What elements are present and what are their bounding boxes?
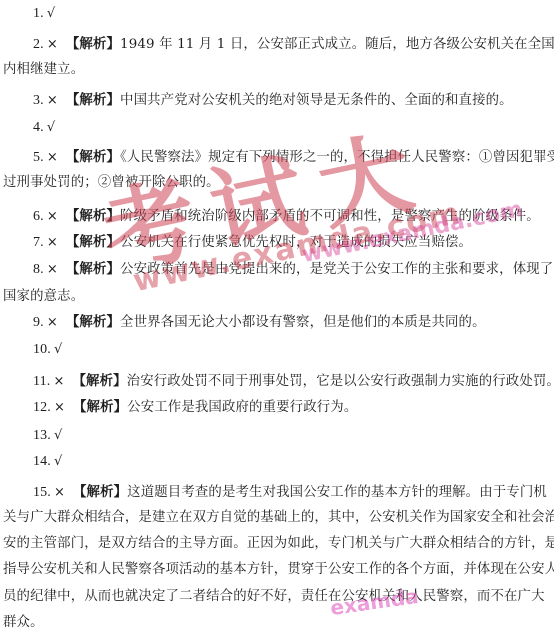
check-mark: √ [47,120,55,135]
cross-mark: × [47,37,58,52]
analysis-tag: 【解析】 [66,208,120,224]
analysis-text: 《人民警察法》规定有下列情形之一的，不得担任人民警察：①曾因犯罪受 [120,150,554,165]
check-mark: √ [47,6,55,21]
answer-6: 6.×【解析】阶级矛盾和统治阶级内部矛盾的不可调和性，是警察产生的阶级条件。 [33,207,554,226]
analysis-tag: 【解析】 [66,234,120,250]
answer-1: 1.√ [33,5,554,23]
answer-15-cont-2: 安的主管部门，是双方结合的主导方面。正因为如此，专门机关与广大群众相结合的方针，… [3,535,554,553]
cross-mark: × [47,315,58,330]
answer-number: 15. [33,485,51,500]
answer-number: 11. [33,374,50,389]
analysis-text: 公安工作是我国政府的重要行政行为。 [127,400,357,415]
analysis-text: 阶级矛盾和统治阶级内部矛盾的不可调和性，是警察产生的阶级条件。 [120,209,540,224]
answer-number: 1. [33,6,44,21]
answer-14: 14.√ [33,453,554,471]
answer-15-cont-1: 关与广大群众相结合，是建立在双方自觉的基础上的，其中，公安机关作为国家安全和社会… [3,509,554,527]
answer-number: 14. [33,454,51,469]
answer-number: 2. [33,37,44,52]
answer-2-cont: 内相继建立。 [3,61,554,79]
answer-5: 5.×【解析】《人民警察法》规定有下列情形之一的，不得担任人民警察：①曾因犯罪受 [33,148,554,167]
analysis-tag: 【解析】 [66,314,120,330]
answer-3: 3.×【解析】中国共产党对公安机关的绝对领导是无条件的、全面的和直接的。 [33,91,554,110]
answer-number: 13. [33,428,51,443]
answer-number: 5. [33,150,44,165]
cross-mark: × [47,150,58,165]
cross-mark: × [53,374,64,389]
answer-15-cont-4: 员的纪律中，从而也就决定了二者结合的好不好，责任在公安机关和人民警察，而不在广大 [3,588,554,606]
answer-number: 9. [33,315,44,330]
answer-5-cont: 过刑事处罚的；②曾被开除公职的。 [3,174,554,192]
answer-number: 12. [33,400,51,415]
analysis-text: 1949 年 11 月 1 日，公安部正式成立。随后，地方各级公安机关在全国范围 [120,37,554,52]
cross-mark: × [47,235,58,250]
answer-15-cont-3: 指导公安机关和人民警察各项活动的基本方针，贯穿于公安工作的各个方面，并体现在公安… [3,561,554,579]
answer-number: 8. [33,262,44,277]
check-mark: √ [54,428,62,443]
answer-12: 12.×【解析】公安工作是我国政府的重要行政行为。 [33,398,554,417]
analysis-tag: 【解析】 [66,261,120,277]
answer-11: 11.×【解析】治安行政处罚不同于刑事处罚，它是以公安行政强制力实施的行政处罚。 [33,372,554,391]
answer-13: 13.√ [33,427,554,445]
answer-number: 3. [33,93,44,108]
answer-8: 8.×【解析】公安政策首先是由党提出来的，是党关于公安工作的主张和要求，体现了 [33,260,554,279]
analysis-tag: 【解析】 [72,373,126,389]
analysis-text: 中国共产党对公安机关的绝对领导是无条件的、全面的和直接的。 [120,93,513,108]
analysis-tag: 【解析】 [73,484,127,500]
analysis-tag: 【解析】 [66,36,120,52]
answer-15-cont-5: 群众。 [3,614,554,630]
answer-number: 6. [33,209,44,224]
answer-number: 4. [33,120,44,135]
cross-mark: × [47,209,58,224]
analysis-text: 公安机关在行使紧急优先权时，对于造成的损失应当赔偿。 [120,235,472,250]
answer-page: 1.√ 2.×【解析】1949 年 11 月 1 日，公安部正式成立。随后，地方… [0,0,554,630]
answer-4: 4.√ [33,119,554,137]
answer-8-cont: 国家的意志。 [3,288,554,306]
analysis-tag: 【解析】 [66,92,120,108]
answer-7: 7.×【解析】公安机关在行使紧急优先权时，对于造成的损失应当赔偿。 [33,233,554,252]
answer-10: 10.√ [33,341,554,359]
cross-mark: × [47,93,58,108]
analysis-text: 治安行政处罚不同于刑事处罚，它是以公安行政强制力实施的行政处罚。 [127,374,554,389]
answer-number: 10. [33,342,51,357]
check-mark: √ [54,454,62,469]
answer-2: 2.×【解析】1949 年 11 月 1 日，公安部正式成立。随后，地方各级公安… [33,35,554,54]
analysis-text: 这道题目考查的是考生对我国公安工作的基本方针的理解。由于专门机 [127,485,547,500]
answer-9: 9.×【解析】全世界各国无论大小都设有警察，但是他们的本质是共同的。 [33,313,554,332]
analysis-tag: 【解析】 [73,399,127,415]
answer-number: 7. [33,235,44,250]
analysis-text: 公安政策首先是由党提出来的，是党关于公安工作的主张和要求，体现了 [120,262,553,277]
analysis-text: 全世界各国无论大小都设有警察，但是他们的本质是共同的。 [120,315,486,330]
cross-mark: × [54,400,65,415]
check-mark: √ [54,342,62,357]
answer-15: 15.×【解析】这道题目考查的是考生对我国公安工作的基本方针的理解。由于专门机 [33,483,554,502]
cross-mark: × [54,485,65,500]
analysis-tag: 【解析】 [66,149,120,165]
cross-mark: × [47,262,58,277]
